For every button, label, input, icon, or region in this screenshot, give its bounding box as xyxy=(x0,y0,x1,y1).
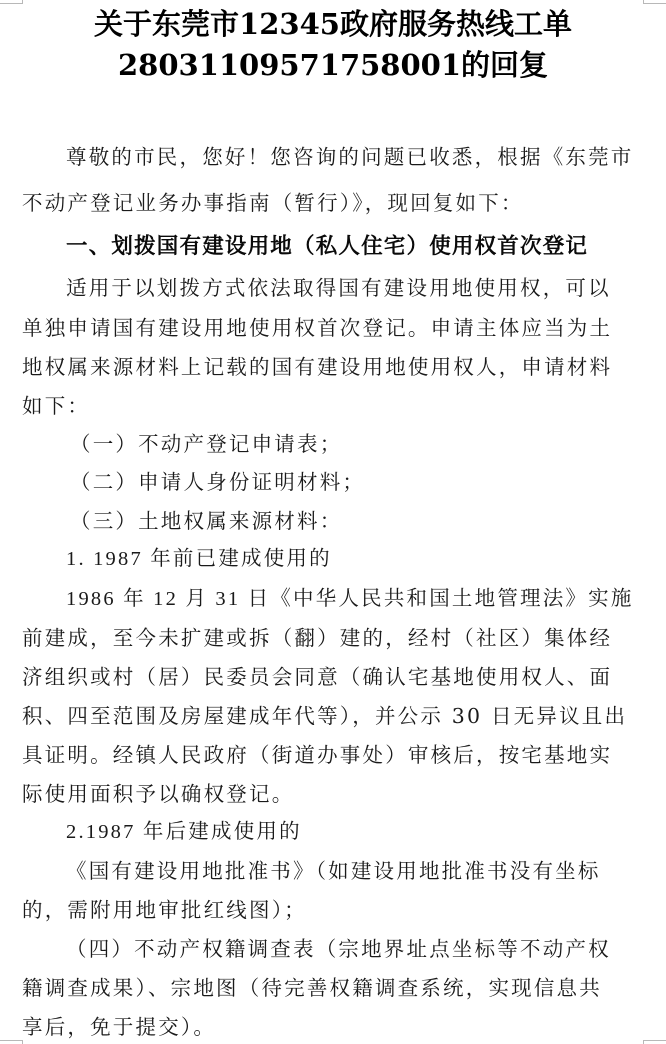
section-heading-1: 一、划拨国有建设用地（私人住宅）使用权首次登记 xyxy=(66,233,666,261)
subsection-1-line-4: 积、四至范围及房屋建成年代等），并公示 30 日无异议且出 xyxy=(22,702,646,730)
subsection-2-title: 2.1987 年后建成使用的 xyxy=(66,818,666,846)
page-corner-mark-bottom-left xyxy=(0,1040,23,1044)
page-corner-mark-top-left xyxy=(0,0,23,4)
subsection-1-title: 1. 1987 年前已建成使用的 xyxy=(66,545,666,573)
subsection-1-line-5: 具证明。经镇人民政府（街道办事处）审核后，按宅基地实 xyxy=(22,741,646,769)
list-item-2: （二）申请人身份证明材料； xyxy=(70,468,666,496)
subsection-2-line-2: 的，需附用地审批红线图）； xyxy=(22,896,646,924)
subsection-1-line-2: 前建成，至今未扩建或拆（翻）建的，经村（社区）集体经 xyxy=(22,624,646,652)
subsection-1-line-1: 1986 年 12 月 31 日《中华人民共和国土地管理法》实施 xyxy=(66,585,666,613)
scope-line-4: 如下： xyxy=(22,392,646,420)
page-corner-mark-top-right xyxy=(643,0,666,4)
list-item-4-line-3: 享后，免于提交）。 xyxy=(22,1013,646,1041)
list-item-4-line-2: 籍调查成果）、宗地图（待完善权籍调查系统，实现信息共 xyxy=(22,974,646,1002)
subsection-2-line-1: 《国有建设用地批准书》（如建设用地批准书没有坐标 xyxy=(66,857,666,885)
subsection-1-line-6: 际使用面积予以确权登记。 xyxy=(22,780,646,808)
list-item-3: （三）土地权属来源材料： xyxy=(70,507,666,535)
greeting-line-1: 尊敬的市民，您好！您咨询的问题已收悉，根据《东莞市 xyxy=(66,143,666,171)
document-title-line-1: 关于东莞市12345政府服务热线工单 xyxy=(0,6,666,42)
list-item-4-line-1: （四）不动产权籍调查表（宗地界址点坐标等不动产权 xyxy=(66,935,666,963)
page-corner-mark-bottom-right xyxy=(643,1040,666,1044)
scope-line-1: 适用于以划拨方式依法取得国有建设用地使用权，可以 xyxy=(66,274,666,302)
list-item-1: （一）不动产登记申请表； xyxy=(70,430,666,458)
greeting-line-2: 不动产登记业务办事指南（暂行）》，现回复如下： xyxy=(22,189,646,217)
document-title-line-2: 28031109571758001的回复 xyxy=(0,47,666,83)
scope-line-2: 单独申请国有建设用地使用权首次登记。申请主体应当为土 xyxy=(22,314,646,342)
subsection-1-line-3: 济组织或村（居）民委员会同意（确认宅基地使用权人、面 xyxy=(22,663,646,691)
scope-line-3: 地权属来源材料上记载的国有建设用地使用权人，申请材料 xyxy=(22,353,646,381)
